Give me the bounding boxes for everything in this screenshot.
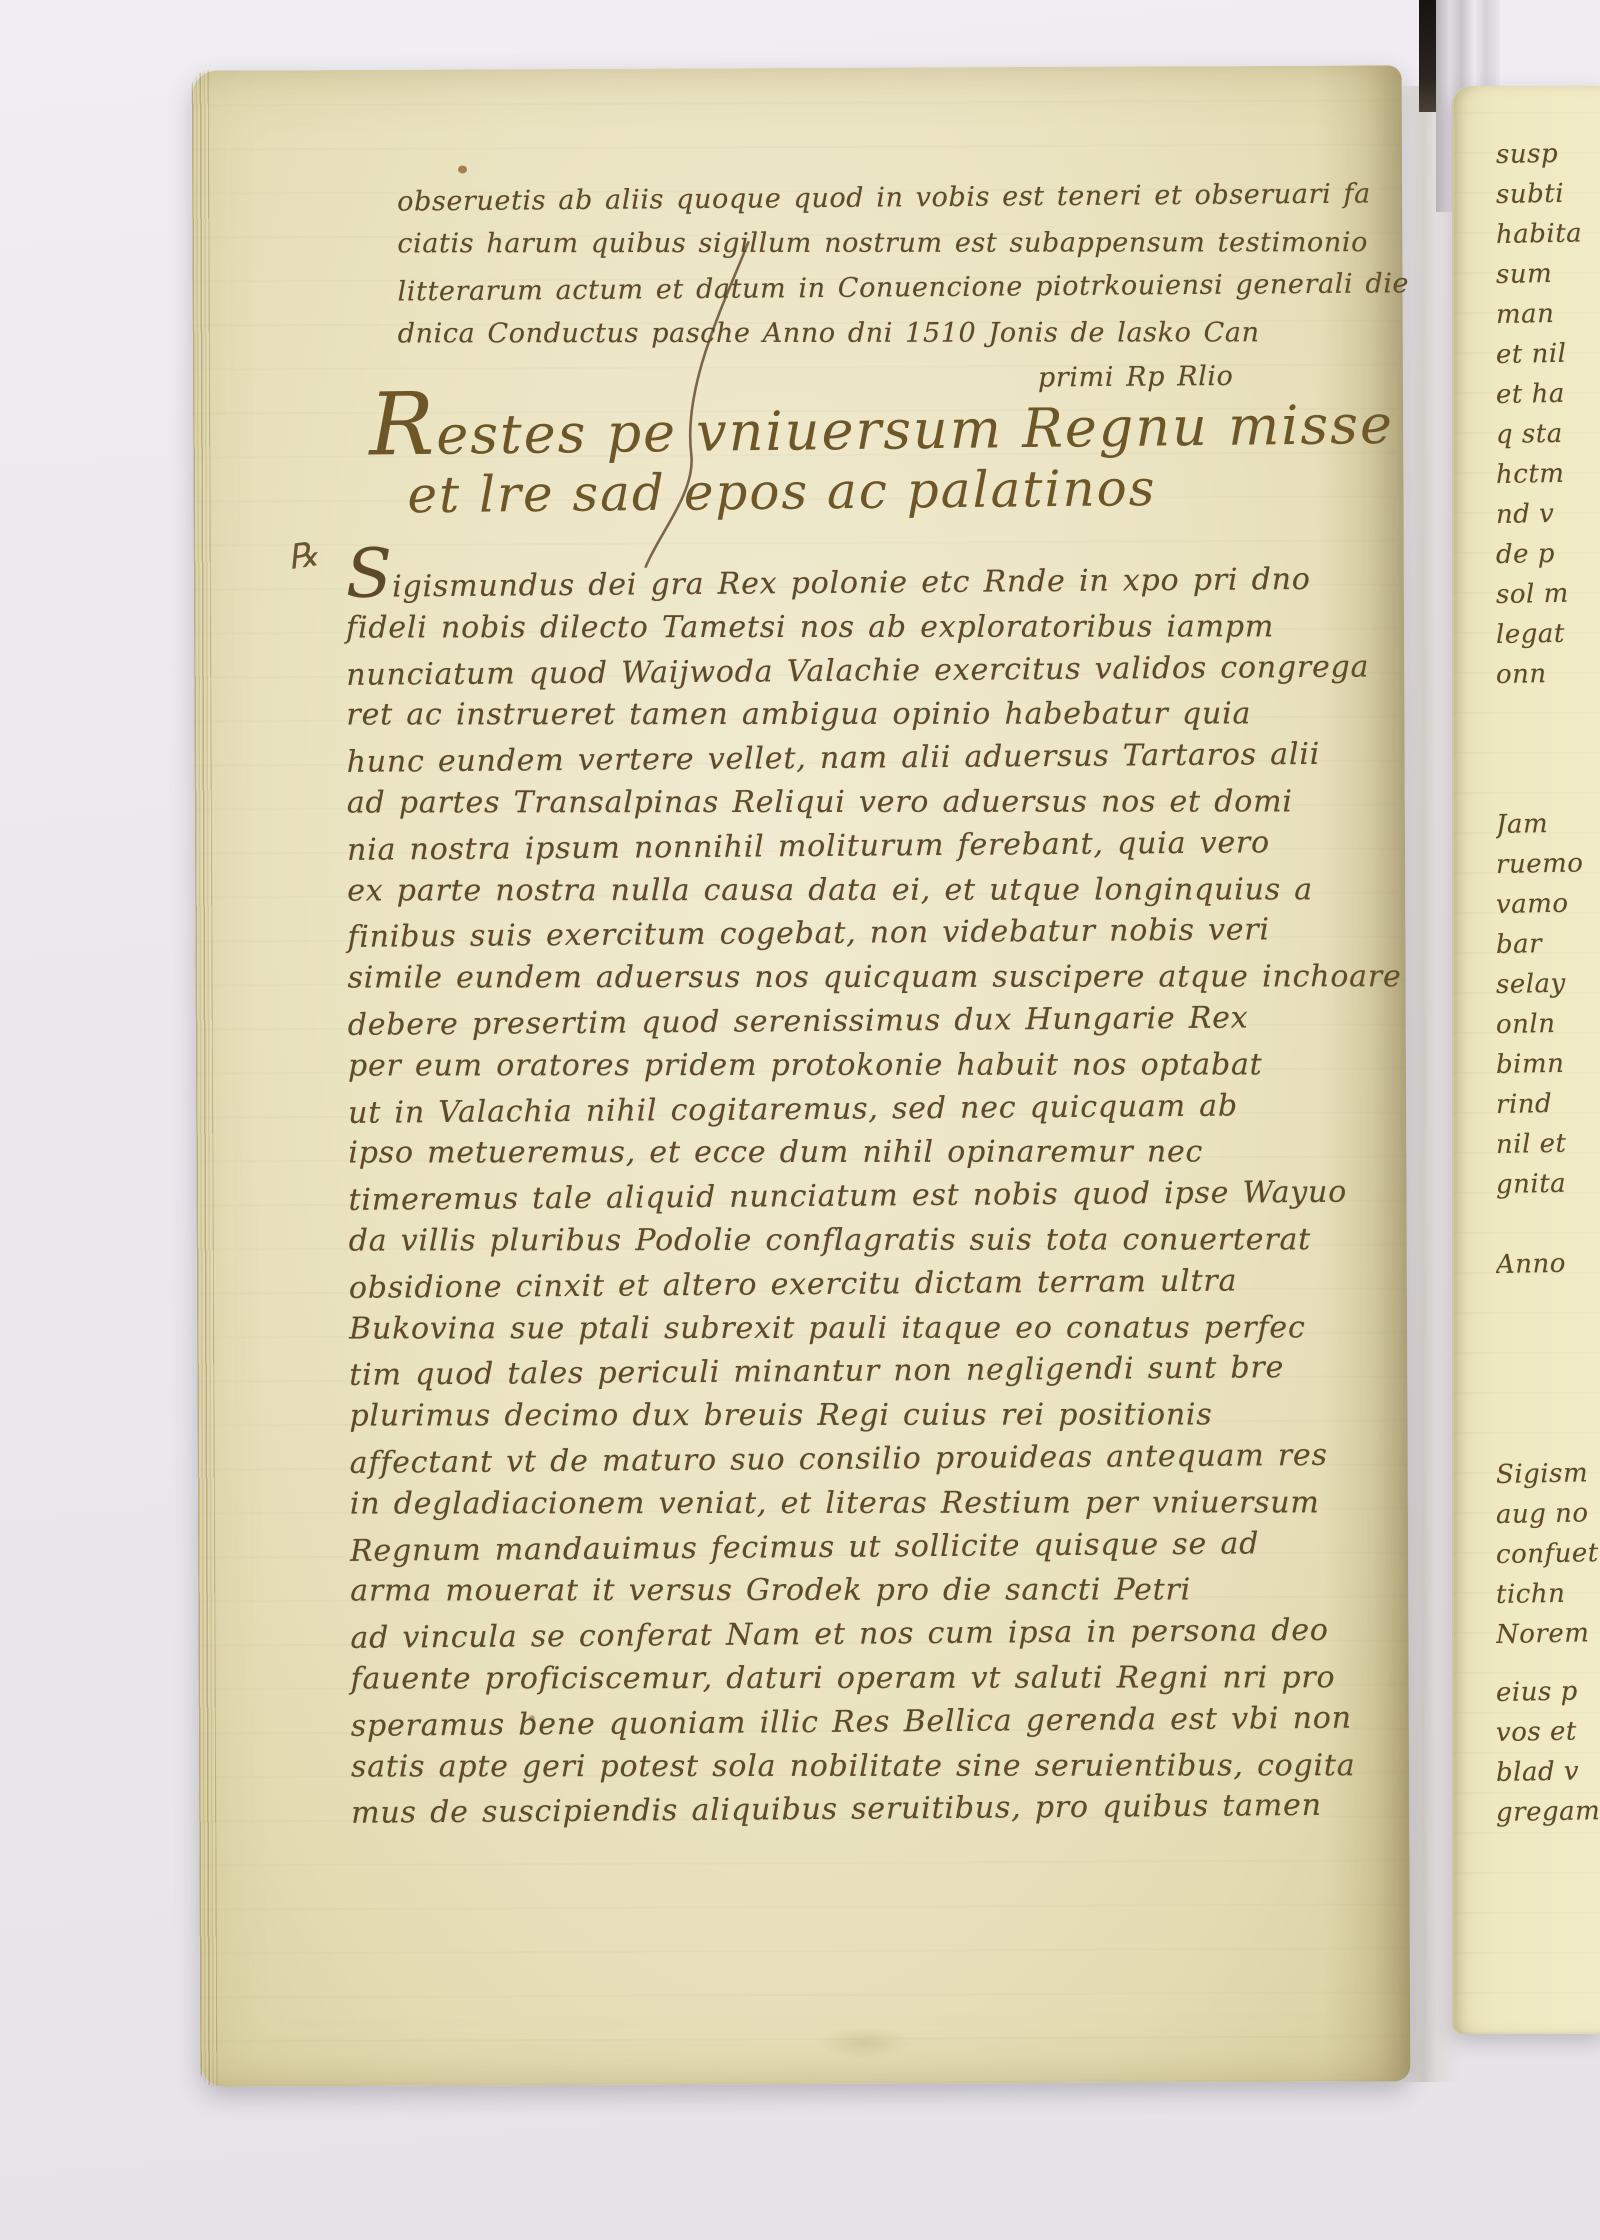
manuscript-line-fragment: hctm [1496, 453, 1600, 495]
manuscript-line: timeremus tale aliquid nunciatum est nob… [348, 1171, 1308, 1223]
manuscript-line: in degladiacionem veniat, et literas Res… [350, 1481, 1310, 1526]
manuscript-line: dnica Conductus pasche Anno dni 1510 Jon… [398, 310, 1298, 356]
manuscript-line-fragment: Jam [1496, 803, 1600, 845]
manuscript-line-fragment: selay [1496, 963, 1600, 1005]
manuscript-line: Sigismundus dei gra Rex polonie etc Rnde… [346, 542, 1306, 610]
manuscript-line: finibus suis exercitum cogebat, non vide… [347, 908, 1307, 960]
heading-line: Restes pe vniuersum Regnu misse [369, 382, 1394, 469]
manuscript-line: ad vincula se conferat Nam et nos cum ip… [350, 1609, 1310, 1661]
manuscript-right-page: suspsubtihabitasummanet nilet haq stahct… [1452, 86, 1600, 2034]
manuscript-line: simile eundem aduersus nos quicquam susc… [348, 955, 1308, 1000]
facing-page-line-fragments: suspsubtihabitasummanet nilet haq stahct… [1496, 134, 1600, 1832]
manuscript-line-fragment: man [1496, 293, 1600, 335]
ink-stain-spot [458, 165, 467, 173]
manuscript-line: ciatis harum quibus sigillum nostrum est… [397, 220, 1297, 266]
manuscript-line-fragment: vos et [1496, 1711, 1600, 1753]
manuscript-line: Regnum mandauimus fecimus ut sollicite q… [350, 1521, 1310, 1573]
manuscript-line: affectant vt de maturo suo consilio prou… [350, 1434, 1310, 1486]
manuscript-line-fragment: gnita [1496, 1163, 1600, 1205]
manuscript-line-fragment: sum [1496, 253, 1600, 295]
heading-line: et lre sad epos ac palatinos [407, 458, 1394, 523]
spine-marker [1419, 0, 1436, 112]
manuscript-line-fragment: sol m [1496, 573, 1600, 615]
manuscript-line: obseruetis ab aliis quoque quod in vobis… [397, 172, 1297, 224]
closing-paragraph: obseruetis ab aliis quoque quod in vobis… [397, 174, 1298, 403]
manuscript-line-fragment: Norem [1496, 1613, 1600, 1655]
manuscript-line: hunc eundem vertere vellet, nam alii adu… [346, 733, 1306, 785]
manuscript-line: plurimus decimo dux breuis Regi cuius re… [349, 1393, 1309, 1438]
manuscript-line: arma mouerat it versus Grodek pro die sa… [350, 1569, 1310, 1614]
manuscript-line-fragment: Anno [1496, 1243, 1600, 1285]
manuscript-line-fragment: confuet [1496, 1533, 1600, 1575]
manuscript-line-fragment: Sigism [1496, 1453, 1600, 1495]
manuscript-line: ad partes Transalpinas Reliqui vero adue… [347, 780, 1307, 825]
manuscript-line-fragment: susp [1496, 134, 1600, 175]
manuscript-line: satis apte geri potest sola nobilitate s… [351, 1744, 1311, 1789]
manuscript-line-fragment: rind [1496, 1083, 1600, 1125]
manuscript-line-fragment: ruemo [1496, 843, 1600, 885]
manuscript-line-fragment: gregam [1496, 1791, 1600, 1832]
manuscript-line: tim quod tales periculi minantur non neg… [349, 1346, 1309, 1398]
manuscript-line: mus de suscipiendis aliquibus seruitibus… [351, 1784, 1311, 1836]
manuscript-line-fragment: et ha [1496, 373, 1600, 415]
manuscript-line: litterarum actum et datum in Conuencione… [397, 262, 1297, 314]
manuscript-line-fragment: de p [1496, 533, 1600, 575]
manuscript-line: obsidione cinxit et altero exercitu dict… [349, 1259, 1309, 1311]
manuscript-line: ret ac instrueret tamen ambigua opinio h… [346, 693, 1306, 738]
manuscript-line: nunciatum quod Waijwoda Valachie exercit… [346, 646, 1306, 698]
manuscript-line-fragment: legat [1496, 613, 1600, 655]
manuscript-line-fragment: bar [1496, 923, 1600, 965]
manuscript-line: fideli nobis dilecto Tametsi nos ab expl… [346, 605, 1306, 650]
manuscript-line: ex parte nostra nulla causa data ei, et … [347, 868, 1307, 913]
paper-smudge [820, 2026, 910, 2060]
manuscript-line-fragment: vamo [1496, 883, 1600, 925]
manuscript-line: Bukovina sue ptali subrexit pauli itaque… [349, 1306, 1309, 1351]
manuscript-line-fragment: aug no [1496, 1493, 1600, 1535]
manuscript-line-fragment: eius p [1496, 1671, 1600, 1713]
manuscript-line: ut in Valachia nihil cogitaremus, sed ne… [348, 1084, 1308, 1136]
section-heading: Restes pe vniuersum Regnu misse et lre s… [369, 385, 1394, 520]
manuscript-line: fauente proficiscemur, daturi operam vt … [351, 1656, 1311, 1701]
manuscript-line-fragment: et nil [1496, 333, 1600, 375]
manuscript-line-fragment: tichn [1496, 1573, 1600, 1615]
manuscript-line-fragment: nd v [1496, 493, 1600, 535]
manuscript-line: ipso metueremus, et ecce dum nihil opina… [348, 1131, 1308, 1176]
manuscript-line: nia nostra ipsum nonnihil moliturum fere… [347, 821, 1307, 873]
manuscript-line: speramus bene quoniam illic Res Bellica … [351, 1697, 1311, 1749]
manuscript-line-fragment: habita [1496, 213, 1600, 255]
manuscript-line: da villis pluribus Podolie conflagratis … [349, 1218, 1309, 1263]
manuscript-scan: obseruetis ab aliis quoque quod in vobis… [0, 0, 1600, 2240]
manuscript-left-page: obseruetis ab aliis quoque quod in vobis… [192, 65, 1411, 2086]
manuscript-line: per eum oratores pridem protokonie habui… [348, 1043, 1308, 1088]
manuscript-line-fragment: onln [1496, 1003, 1600, 1045]
manuscript-line-fragment: subti [1496, 173, 1600, 215]
margin-annotation: ℞ [285, 534, 321, 578]
letter-body: Sigismundus dei gra Rex polonie etc Rnde… [346, 544, 1312, 1834]
manuscript-line: debere presertim quod serenissimus dux H… [348, 996, 1308, 1048]
manuscript-line-fragment: bimn [1496, 1043, 1600, 1085]
manuscript-line-fragment: nil et [1496, 1123, 1600, 1165]
manuscript-line-fragment: q sta [1496, 413, 1600, 455]
manuscript-line-fragment: onn [1496, 653, 1600, 695]
manuscript-line-fragment: blad v [1496, 1751, 1600, 1793]
